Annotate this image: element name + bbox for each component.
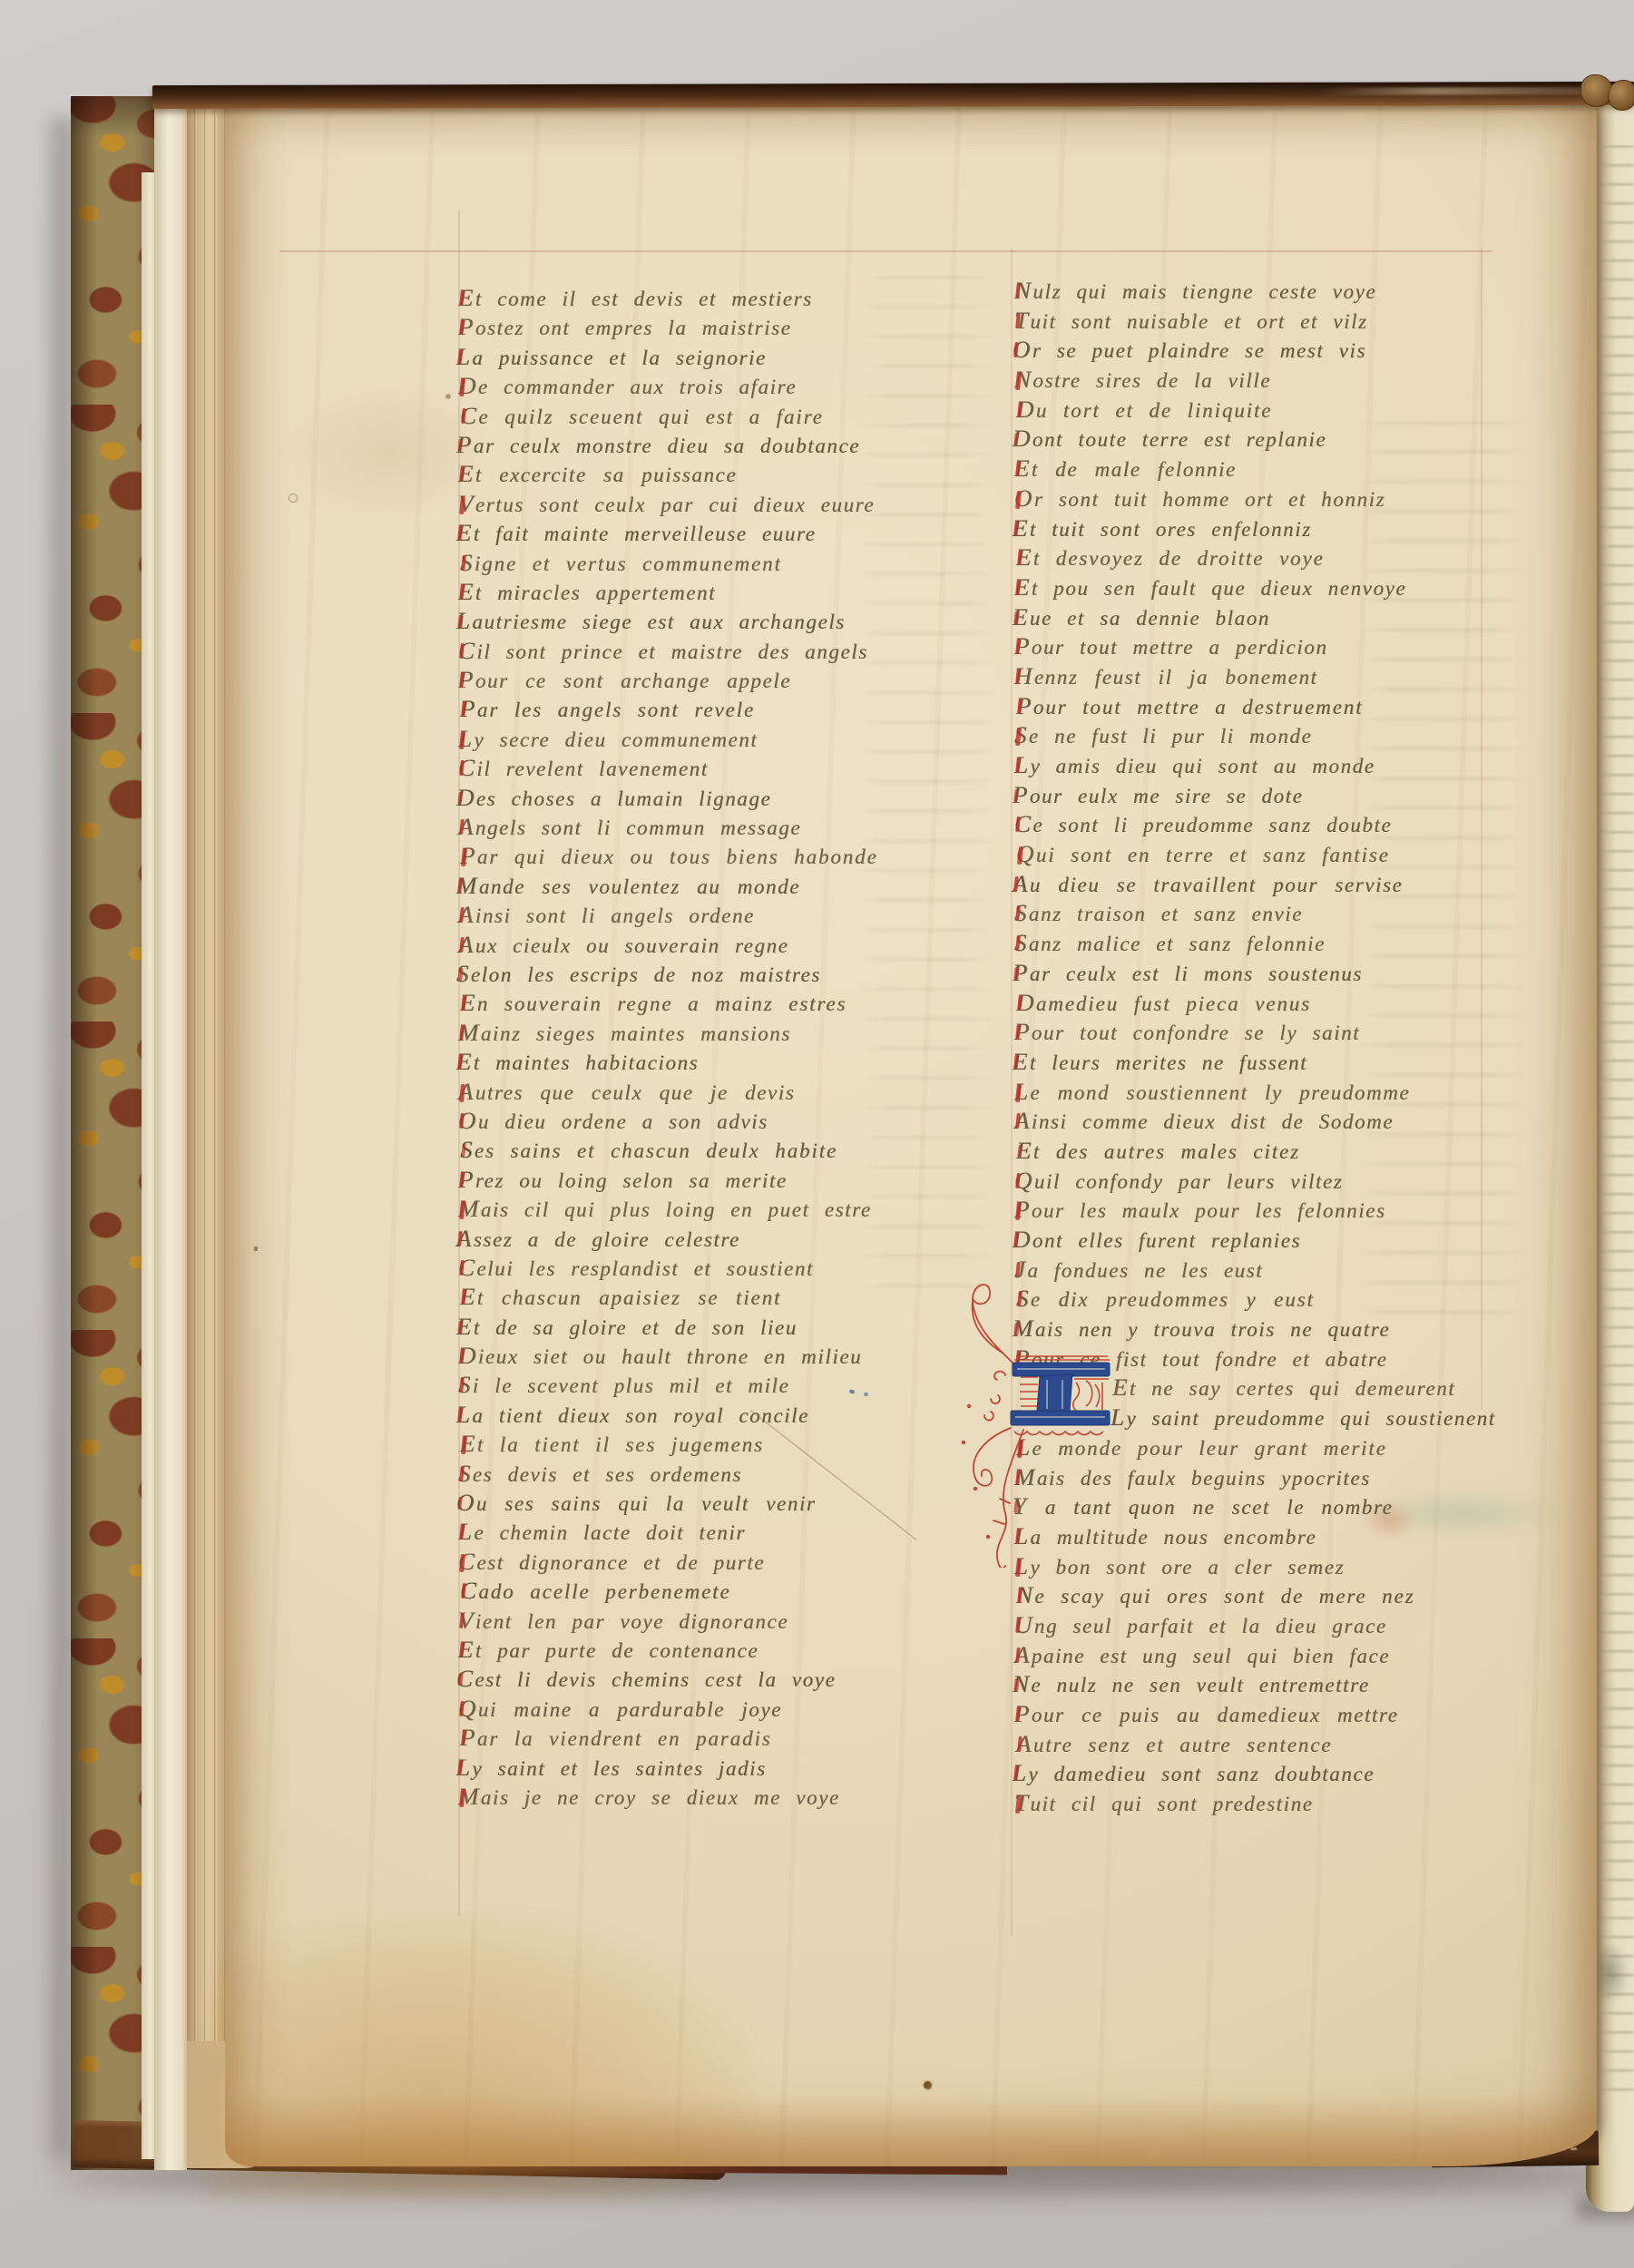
verse-line: Pour les maulx pour les felonnies [1014, 1195, 1541, 1225]
dark-speck [254, 1246, 258, 1251]
verse-line: Nostre sires de la ville [1014, 365, 1541, 395]
verse-text: En souverain regne a mainz estres [460, 988, 932, 1019]
verse-line: Sanz traison et sanz envie [1014, 898, 1541, 928]
verse-text: Ou dieu ordene a son advis [458, 1106, 930, 1137]
verse-text: Postez ont empres la maistrise [458, 312, 930, 343]
verse-text: Pour tout confondre se ly saint [1014, 1017, 1541, 1049]
verse-line: Et desvoyez de droitte voye [1016, 543, 1542, 572]
verse-text: Vient len par voye dignorance [458, 1606, 930, 1637]
leather-corner-bump [1608, 80, 1634, 111]
verse-text: Ly saint preudomme qui soustienent [1111, 1403, 1539, 1434]
verse-text: Ou ses sains qui la veult venir [456, 1488, 928, 1519]
margin-ring-mark [289, 494, 298, 503]
verse-line: Mainz sieges maintes mansions [458, 1018, 930, 1047]
verse-line: Assez a de gloire celestre [456, 1224, 928, 1253]
verse-text: Pour tout mettre a destruement [1016, 691, 1542, 723]
verse-line: Pour eulx me sire se dote [1013, 780, 1539, 810]
verse-text: Et leurs merites ne fussent [1013, 1047, 1539, 1079]
verse-text: Ce quilz sceuent qui est a faire [460, 401, 932, 432]
verse-line: Pour tout confondre se ly saint [1014, 1017, 1541, 1047]
verse-text: Par ceulx est li mons soustenus [1013, 958, 1539, 990]
verse-text: Ainsi sont li angels ordene [458, 900, 930, 931]
verse-text: Le mond soustiennent ly preudomme [1014, 1077, 1541, 1109]
verse-line: Le mond soustiennent ly preudomme [1014, 1077, 1541, 1107]
next-page-showthrough-text [1599, 145, 1634, 2103]
verse-line: Autre senz et autre sentence [1016, 1729, 1542, 1759]
verse-text: Mais je ne croy se dieux me voye [458, 1782, 930, 1813]
verse-text: Et come il est devis et mestiers [458, 283, 930, 314]
verse-line: Or se puet plaindre se mest vis [1013, 335, 1539, 365]
verse-text: Prez ou loing selon sa merite [458, 1165, 930, 1196]
verse-line: Ou ses sains qui la veult venir [456, 1488, 928, 1517]
verse-line: Ce quilz sceuent qui est a faire [460, 401, 932, 430]
verse-text: Se ne fust li pur li monde [1014, 720, 1541, 752]
verse-line: Par ceulx est li mons soustenus [1013, 958, 1539, 988]
verse-text: Cest dignorance et de purte [458, 1547, 930, 1578]
verse-line: Ly secre dieu communement [458, 724, 930, 753]
verse-text: Celui les resplandist et soustient [458, 1253, 930, 1284]
verse-text: Et de male felonnie [1014, 454, 1541, 485]
verse-text: Sanz traison et sanz envie [1014, 898, 1541, 930]
verse-text: Autre senz et autre sentence [1016, 1729, 1542, 1761]
verse-text: Cest li devis chemins cest la voye [456, 1664, 928, 1695]
next-page-smudge [1591, 1941, 1629, 2005]
verse-line: La tient dieux son royal concile [456, 1400, 928, 1429]
verse-text: Selon les escrips de noz maistres [456, 959, 928, 990]
verse-text: Et par purte de contenance [458, 1635, 930, 1666]
verse-line: La puissance et la seignorie [456, 342, 928, 371]
verse-line: Nulz qui mais tiengne ceste voye [1014, 276, 1541, 306]
verse-line: Cest li devis chemins cest la voye [456, 1664, 928, 1693]
verse-line: Et come il est devis et mestiers [458, 283, 930, 312]
verse-text: Ce sont li preudomme sanz doubte [1014, 809, 1541, 841]
verse-text: Par qui dieux ou tous biens habonde [460, 841, 932, 872]
verse-text: Aux cieulx ou souverain regne [458, 930, 930, 961]
verse-line: En souverain regne a mainz estres [460, 988, 932, 1017]
verse-line: Hennz feust il ja bonement [1014, 661, 1541, 691]
verse-line: Et tuit sont ores enfelonniz [1013, 513, 1539, 543]
verse-text: Ly damedieu sont sanz doubtance [1013, 1758, 1539, 1790]
verse-text: Des choses a lumain lignage [456, 783, 928, 814]
verse-line: Prez ou loing selon sa merite [458, 1165, 930, 1194]
verse-text: Et fait mainte merveilleuse euure [456, 518, 928, 549]
verse-text: Cil revelent lavenement [458, 753, 930, 784]
verse-text: Ne nulz ne sen veult entremettre [1013, 1669, 1539, 1701]
verse-text: Autres que ceulx que je devis [458, 1077, 930, 1108]
verse-line: Et des autres males citez [1016, 1136, 1542, 1166]
verse-line: Ne nulz ne sen veult entremettre [1013, 1669, 1539, 1699]
verse-text: Par la viendrent en paradis [460, 1723, 932, 1754]
verse-text: Le chemin lacte doit tenir [458, 1517, 930, 1548]
verse-text: Si le scevent plus mil et mile [458, 1370, 930, 1401]
parchment-leaf-edges [187, 103, 229, 2168]
verse-text: Ly amis dieu qui sont au monde [1014, 750, 1541, 782]
verse-line: Cest dignorance et de purte [458, 1547, 930, 1576]
verse-text: Signe et vertus communement [460, 548, 932, 579]
verse-line: Par ceulx monstre dieu sa doubtance [456, 430, 928, 459]
verse-line: Cil sont prince et maistre des angels [458, 636, 930, 665]
verse-line: Selon les escrips de noz maistres [456, 959, 928, 988]
verse-line: Ly amis dieu qui sont au monde [1014, 750, 1541, 780]
verse-text: Dont toute terre est replanie [1013, 424, 1539, 455]
verse-text: Sanz malice et sanz felonnie [1014, 928, 1541, 960]
verse-text: Par les angels sont revele [460, 694, 932, 725]
verse-text: Cado acelle perbenemete [460, 1576, 932, 1607]
verse-text: Pour les maulx pour les felonnies [1014, 1195, 1541, 1227]
initial-letterform [1011, 1363, 1110, 1425]
verse-text: Quil confondy par leurs viltez [1014, 1166, 1541, 1198]
verse-line: Pour ce sont archange appele [458, 665, 930, 694]
verse-line: Par qui dieux ou tous biens habonde [460, 841, 932, 870]
verse-line: Vient len par voye dignorance [458, 1606, 930, 1635]
verse-line: Postez ont empres la maistrise [458, 312, 930, 341]
verse-line: Mande ses voulentez au monde [456, 871, 928, 900]
verse-text: Damedieu fust pieca venus [1016, 988, 1542, 1020]
text-column-right: Nulz qui mais tiengne ceste voye Tuit so… [1014, 276, 1541, 1818]
verse-line: Et la tient il ses jugemens [460, 1429, 932, 1458]
leather-cover-top-edge [152, 82, 1634, 109]
verse-text: Ung seul parfait et la dieu grace [1014, 1610, 1541, 1642]
verse-text: La tient dieux son royal concile [456, 1400, 928, 1431]
verse-text: Au dieu se travaillent pour servise [1013, 869, 1539, 901]
verse-text: Assez a de gloire celestre [456, 1224, 928, 1255]
verse-line: Tuit sont nuisable et ort et vilz [1014, 306, 1541, 336]
verse-line: Pour tout mettre a destruement [1016, 691, 1542, 721]
verse-line: Pour ce puis au damedieux mettre [1014, 1699, 1541, 1729]
verse-text: Or sont tuit homme ort et honniz [1014, 484, 1541, 515]
verse-line: Et pou sen fault que dieux nenvoye [1014, 572, 1541, 602]
verse-text: Dieux siet ou hault throne en milieu [458, 1341, 930, 1372]
verse-text: Cil sont prince et maistre des angels [458, 636, 930, 667]
verse-text: Et de sa gloire et de son lieu [456, 1312, 928, 1343]
verse-line: Ainsi comme dieux dist de Sodome [1014, 1106, 1541, 1136]
ink-dot-mark [445, 394, 451, 399]
verse-line: Au dieu se travaillent pour servise [1013, 869, 1539, 899]
verse-text: Par ceulx monstre dieu sa doubtance [456, 430, 928, 461]
verse-line: Le chemin lacte doit tenir [458, 1517, 930, 1546]
verse-text: Pour tout mettre a perdicion [1014, 631, 1541, 663]
verse-text: Mande ses voulentez au monde [456, 871, 928, 902]
verse-text: Tuit cil qui sont predestine [1014, 1788, 1541, 1820]
verse-line: Si le scevent plus mil et mile [458, 1370, 930, 1399]
verse-line: Damedieu fust pieca venus [1016, 988, 1542, 1018]
verse-text: De commander aux trois afaire [458, 371, 930, 402]
verse-text: Pour ce sont archange appele [458, 665, 930, 696]
verse-text: Pour ce puis au damedieux mettre [1014, 1699, 1541, 1731]
verse-text: Mais cil qui plus loing en puet estre [458, 1194, 930, 1225]
stain-bottom-left [207, 1918, 751, 2199]
verse-line: Ses devis et ses ordemens [458, 1459, 930, 1488]
verse-line: Lautriesme siege est aux archangels [456, 606, 928, 635]
verse-line: Pour tout mettre a perdicion [1014, 631, 1541, 661]
manuscript-page: Et come il est devis et mestiers Postez … [225, 94, 1597, 2166]
verse-text: La puissance et la seignorie [456, 342, 928, 373]
verse-line: Du tort et de liniquite [1016, 395, 1542, 425]
verse-line: Et de male felonnie [1014, 454, 1541, 484]
verse-line: Quil confondy par leurs viltez [1014, 1166, 1541, 1196]
verse-line: Et leurs merites ne fussent [1013, 1047, 1539, 1077]
verse-line: Et excercite sa puissance [458, 459, 930, 488]
verse-text: Apaine est ung seul qui bien face [1014, 1640, 1541, 1672]
verse-text: Hennz feust il ja bonement [1014, 661, 1541, 693]
verse-line: Cado acelle perbenemete [460, 1576, 932, 1605]
verse-text: Ses devis et ses ordemens [458, 1459, 930, 1490]
flyleaf-edge [154, 100, 187, 2170]
verse-line: Mais cil qui plus loing en puet estre [458, 1194, 930, 1223]
verse-line: De commander aux trois afaire [458, 371, 930, 400]
verse-line: Par la viendrent en paradis [460, 1723, 932, 1752]
verse-text: Et miracles appertement [458, 577, 930, 608]
verse-line: Ne scay qui ores sont de mere nez [1016, 1580, 1542, 1610]
verse-text: Ly secre dieu communement [458, 724, 930, 755]
verse-text: Et pou sen fault que dieux nenvoye [1014, 572, 1541, 604]
verse-text: Nostre sires de la ville [1014, 365, 1541, 396]
verse-line: Ou dieu ordene a son advis [458, 1106, 930, 1135]
verse-line: Qui sont en terre et sanz fantise [1016, 839, 1542, 869]
verse-line: Apaine est ung seul qui bien face [1014, 1640, 1541, 1670]
verse-line: Tuit cil qui sont predestine [1014, 1788, 1541, 1818]
verse-text: Et excercite sa puissance [458, 459, 930, 490]
verse-line: Sanz malice et sanz felonnie [1014, 928, 1541, 958]
verse-text: Qui maine a pardurable joye [458, 1694, 930, 1725]
verse-line: Et de sa gloire et de son lieu [456, 1312, 928, 1341]
verse-line: Angels sont li commun message [458, 812, 930, 841]
verse-text: Et desvoyez de droitte voye [1016, 543, 1542, 574]
verse-text: Eue et sa dennie blaon [1013, 602, 1539, 634]
verse-line: Dieux siet ou hault throne en milieu [458, 1341, 930, 1370]
verse-text: Et la tient il ses jugemens [460, 1429, 932, 1460]
verse-line: Qui maine a pardurable joye [458, 1694, 930, 1723]
verse-text: Et des autres males citez [1016, 1136, 1542, 1168]
manuscript-photo: Et come il est devis et mestiers Postez … [0, 0, 1634, 2268]
verse-text: Et chascun apaisiez se tient [460, 1282, 932, 1313]
illuminated-initial [945, 1268, 1118, 1568]
verse-line: Ainsi sont li angels ordene [458, 900, 930, 929]
verse-line: Eue et sa dennie blaon [1013, 602, 1539, 632]
ruling-line-horizontal [279, 250, 1492, 252]
verse-line: Et par purte de contenance [458, 1635, 930, 1664]
verse-line: Et maintes habitacions [456, 1047, 928, 1076]
penwork-flourish [962, 1285, 1023, 1568]
verse-line: Mais je ne croy se dieux me voye [458, 1782, 930, 1811]
verse-line: Ung seul parfait et la dieu grace [1014, 1610, 1541, 1640]
verse-line: Et miracles appertement [458, 577, 930, 606]
verse-line: Ly damedieu sont sanz doubtance [1013, 1758, 1539, 1788]
verse-text: Du tort et de liniquite [1016, 395, 1542, 426]
verse-line: Et fait mainte merveilleuse euure [456, 518, 928, 547]
verse-line: Se ne fust li pur li monde [1014, 720, 1541, 750]
verse-line: Or sont tuit homme ort et honniz [1014, 484, 1541, 513]
verse-text: Angels sont li commun message [458, 812, 930, 843]
verse-text: Et ne say certes qui demeurent [1112, 1373, 1541, 1404]
verse-line: Autres que ceulx que je devis [458, 1077, 930, 1106]
verse-line: Ses sains et chascun deulx habite [460, 1135, 932, 1164]
verse-line: Cil revelent lavenement [458, 753, 930, 782]
text-column-left: Et come il est devis et mestiers Postez … [458, 283, 930, 1811]
verse-line: Ly saint et les saintes jadis [456, 1753, 928, 1782]
verse-text: Ly saint et les saintes jadis [456, 1753, 928, 1784]
verse-text: Et maintes habitacions [456, 1047, 928, 1078]
verse-line: Aux cieulx ou souverain regne [458, 930, 930, 959]
verse-text: Tuit sont nuisable et ort et vilz [1014, 306, 1541, 337]
verse-text: Et tuit sont ores enfelonniz [1013, 513, 1539, 545]
verse-text: Lautriesme siege est aux archangels [456, 606, 928, 637]
verse-line: Dont elles furent replanies [1013, 1225, 1539, 1255]
verse-text: Vertus sont ceulx par cui dieux euure [458, 489, 930, 520]
verse-line: Celui les resplandist et soustient [458, 1253, 930, 1282]
verse-line: Ce sont li preudomme sanz doubte [1014, 809, 1541, 839]
verse-text: Mainz sieges maintes mansions [458, 1018, 930, 1049]
verse-line: Et chascun apaisiez se tient [460, 1282, 932, 1311]
verse-line: Par les angels sont revele [460, 694, 932, 723]
verse-text: Ne scay qui ores sont de mere nez [1016, 1580, 1542, 1612]
verse-line: Vertus sont ceulx par cui dieux euure [458, 489, 930, 518]
verse-text: Qui sont en terre et sanz fantise [1016, 839, 1542, 871]
verse-text: Nulz qui mais tiengne ceste voye [1014, 276, 1541, 308]
verse-text: Dont elles furent replanies [1013, 1225, 1539, 1256]
verse-text: Ainsi comme dieux dist de Sodome [1014, 1106, 1541, 1138]
verse-text: Or se puet plaindre se mest vis [1013, 335, 1539, 367]
verse-line: Signe et vertus communement [460, 548, 932, 577]
verse-text: Pour eulx me sire se dote [1013, 780, 1539, 812]
verse-text: Ses sains et chascun deulx habite [460, 1135, 932, 1166]
wormhole [924, 2081, 932, 2089]
verse-line: Dont toute terre est replanie [1013, 424, 1539, 454]
verse-line: Des choses a lumain lignage [456, 783, 928, 812]
